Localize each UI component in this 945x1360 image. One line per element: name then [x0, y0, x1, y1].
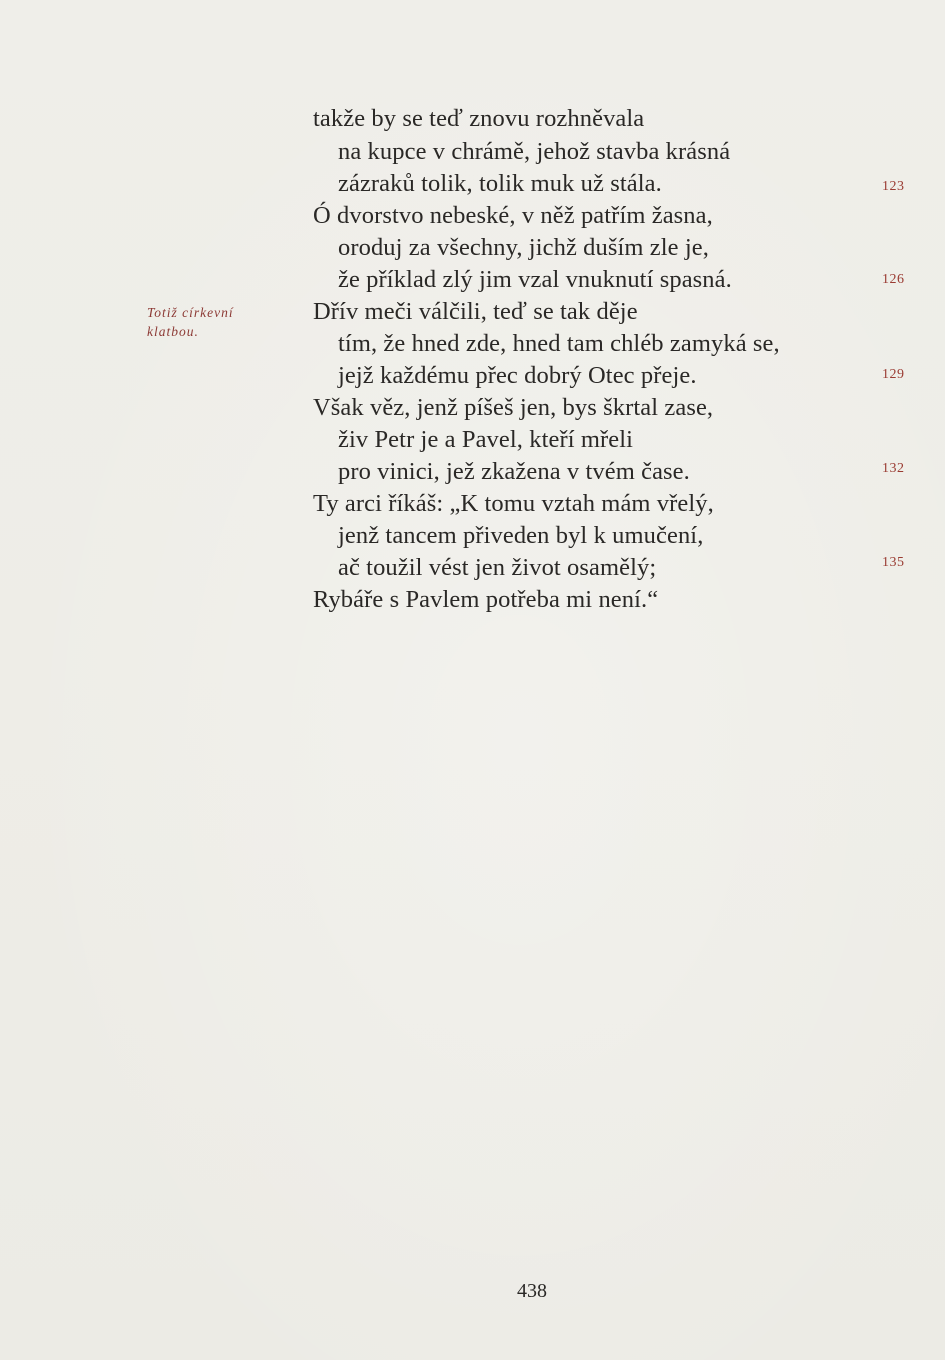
- verse-line: jenž tancem přiveden byl k umučení,: [338, 521, 703, 550]
- margin-note: Totiž církevní klatbou.: [147, 303, 234, 341]
- margin-note-line-2: klatbou.: [147, 322, 234, 341]
- verse-line: jejž každému přec dobrý Otec přeje.: [338, 361, 697, 390]
- verse-line: Dřív meči válčili, teď se tak děje: [313, 297, 638, 326]
- page-number: 438: [517, 1280, 547, 1303]
- verse-line: ač toužil vést jen život osamělý;: [338, 553, 656, 582]
- verse-line: na kupce v chrámě, jehož stavba krásná: [338, 137, 730, 166]
- verse-line: takže by se teď znovu rozhněvala: [313, 104, 644, 133]
- verse-line: Ty arci říkáš: „K tomu vztah mám vřelý,: [313, 489, 714, 518]
- verse-line: oroduj za všechny, jichž duším zle je,: [338, 233, 709, 262]
- verse-line-number: 135: [882, 555, 905, 571]
- verse-line-number: 129: [882, 367, 905, 383]
- verse-line: tím, že hned zde, hned tam chléb zamyká …: [338, 329, 780, 358]
- verse-line: Ó dvorstvo nebeské, v něž patřím žasna,: [313, 201, 713, 230]
- verse-line: pro vinici, jež zkažena v tvém čase.: [338, 457, 690, 486]
- verse-line: Však věz, jenž píšeš jen, bys škrtal zas…: [313, 393, 713, 422]
- book-page: Totiž církevní klatbou. takže by se teď …: [0, 0, 945, 1360]
- verse-line-number: 132: [882, 461, 905, 477]
- verse-line: Rybáře s Pavlem potřeba mi není.“: [313, 585, 658, 614]
- reverse-page-bleed-through: [250, 630, 350, 1230]
- verse-line-number: 123: [882, 179, 905, 195]
- verse-line: zázraků tolik, tolik muk už stála.: [338, 169, 662, 198]
- verse-line-number: 126: [882, 272, 905, 288]
- verse-line: že příklad zlý jim vzal vnuknutí spasná.: [338, 265, 732, 294]
- margin-note-line-1: Totiž církevní: [147, 303, 234, 322]
- verse-line: živ Petr je a Pavel, kteří mřeli: [338, 425, 633, 454]
